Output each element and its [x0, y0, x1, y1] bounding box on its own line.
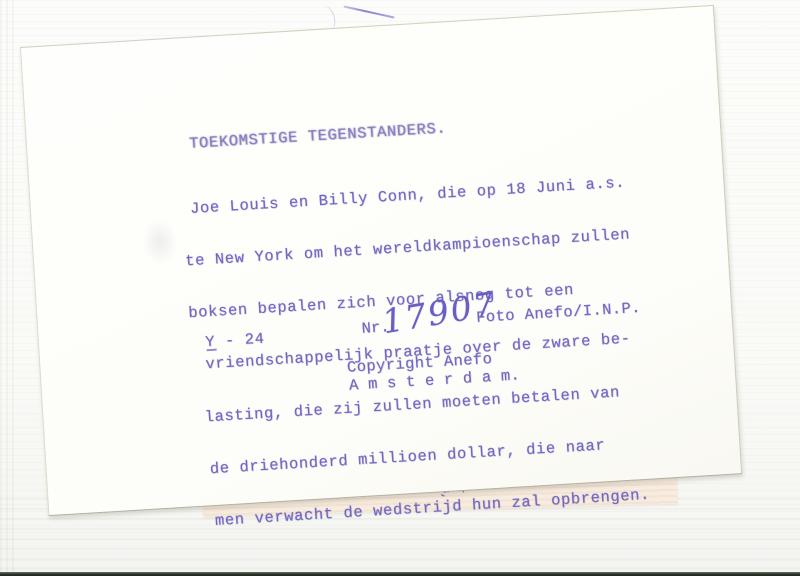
- scan-bottom-edge: [0, 572, 800, 576]
- caption-line: men verwacht de wedstrijd hun zal opbren…: [215, 487, 651, 531]
- scanned-photo-back: x G AT S, E: TOEKOMSTIGE TEGENSTANDERS. …: [0, 0, 800, 576]
- scan-left-streaks: [0, 0, 18, 576]
- photo-card: TOEKOMSTIGE TEGENSTANDERS. Joe Louis en …: [20, 5, 742, 516]
- caption-line: de driehonderd millioen dollar, die naar: [209, 435, 647, 479]
- caption-heading: TOEKOMSTIGE TEGENSTANDERS.: [189, 119, 447, 153]
- pen-stroke: [343, 5, 394, 18]
- caption-line: Joe Louis en Billy Conn, die op 18 Juni …: [190, 174, 632, 218]
- caption-body: Joe Louis en Billy Conn, die op 18 Juni …: [180, 139, 653, 566]
- caption-line: te New York om het wereldkampioenschap z…: [185, 226, 635, 271]
- ink-smudge: [142, 219, 179, 265]
